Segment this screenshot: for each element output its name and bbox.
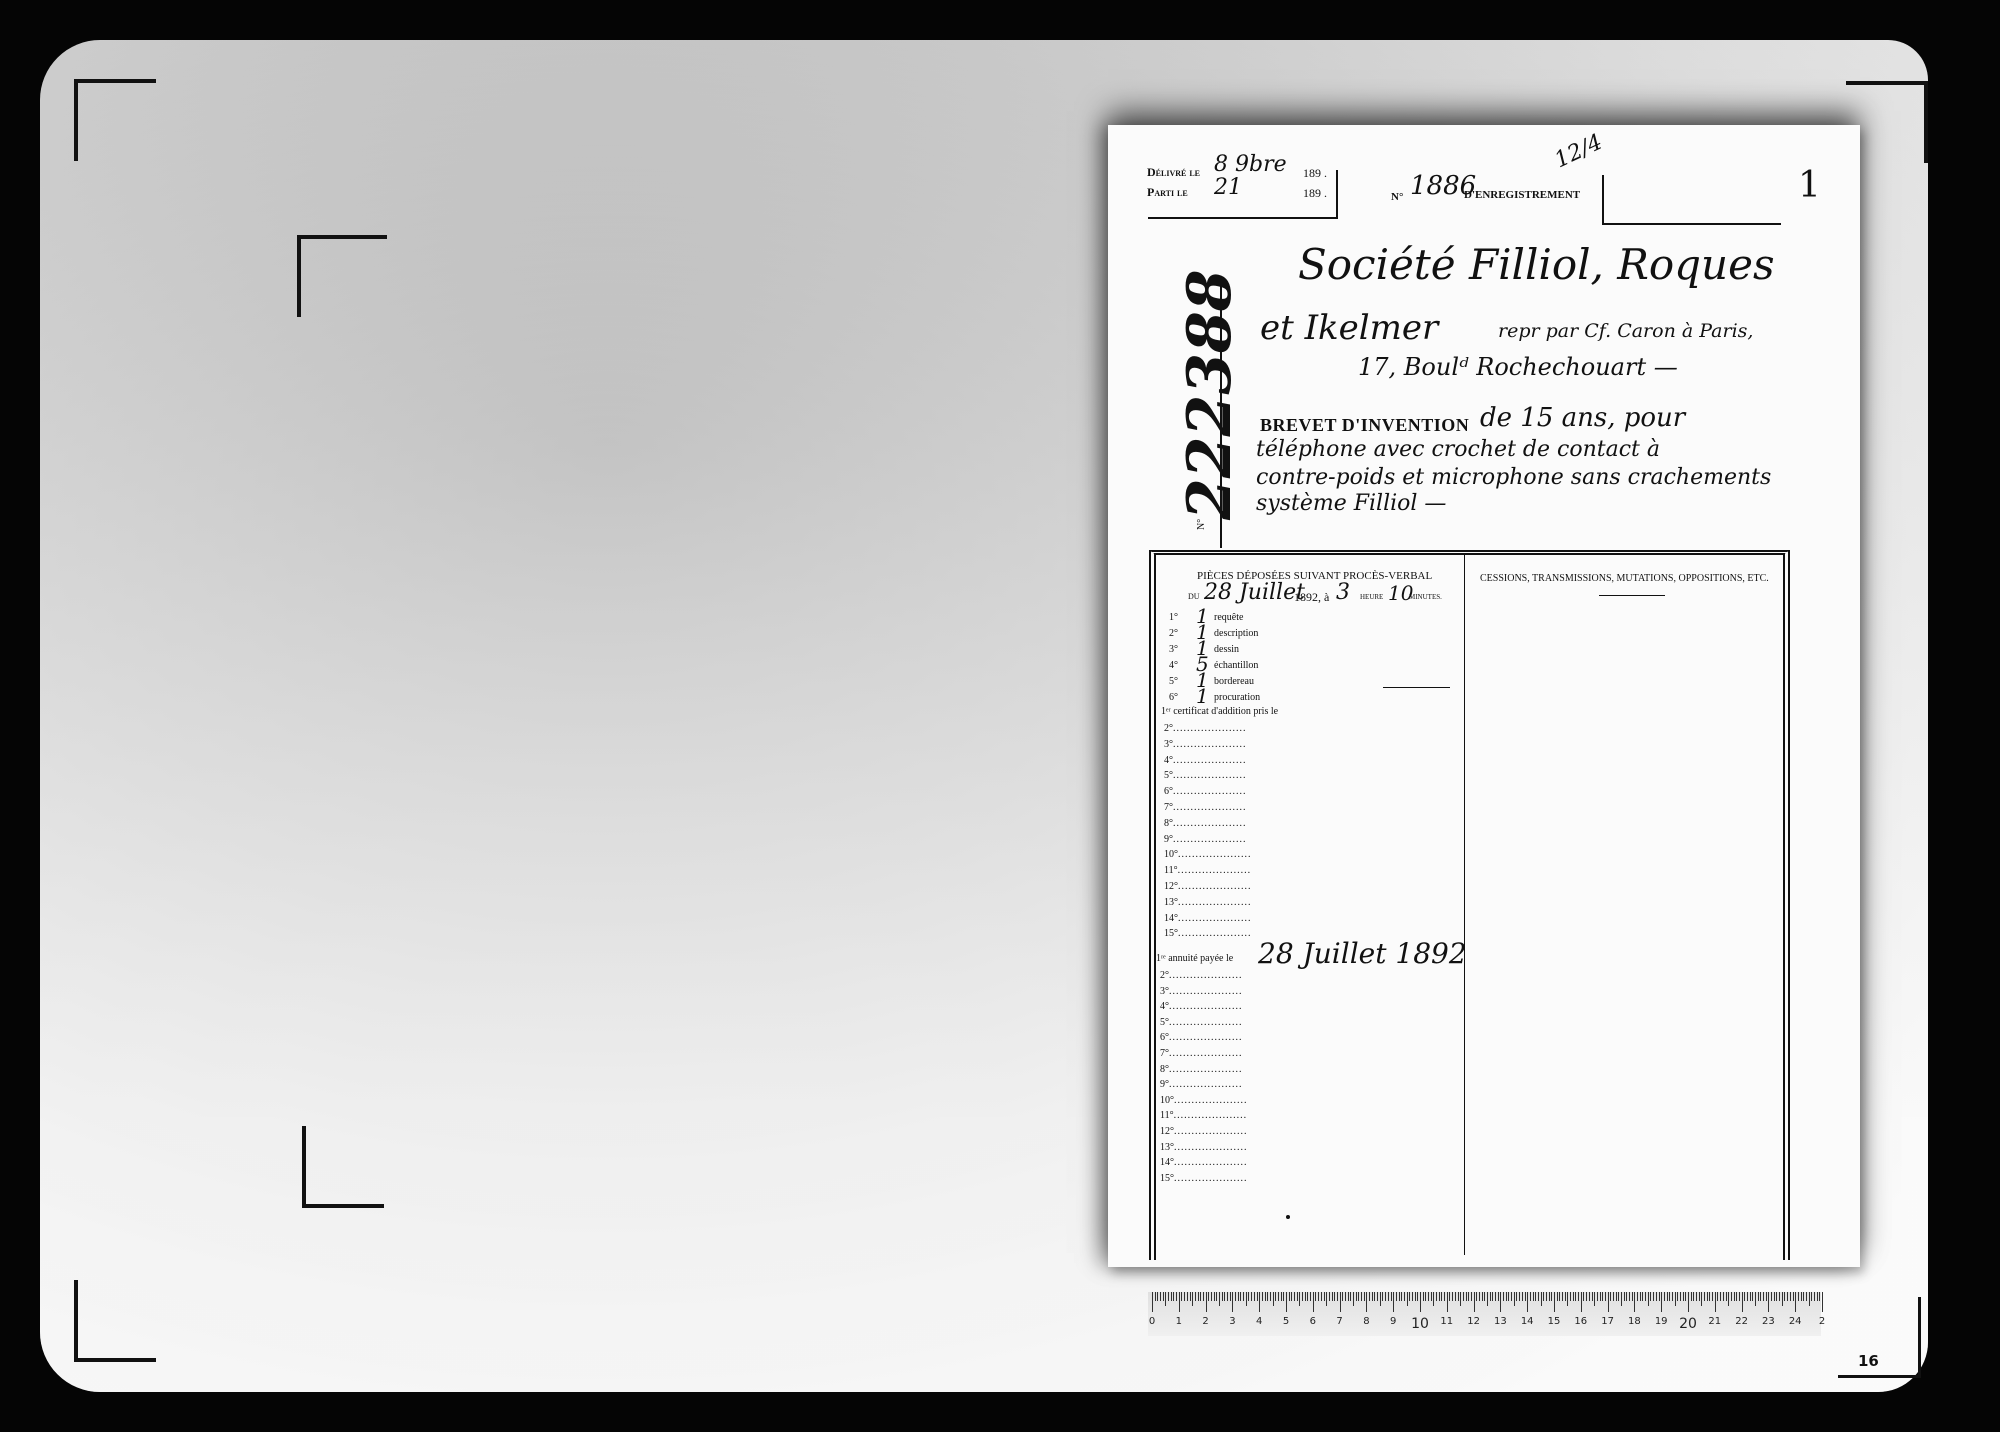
pieces-date-prefix: DU	[1188, 592, 1200, 601]
piece-number: 1°	[1169, 612, 1178, 623]
piece-count: 1	[1196, 684, 1209, 708]
ruler-tick	[1200, 1292, 1201, 1301]
delivered-label: Délivré le	[1147, 165, 1200, 180]
dotted-entry-row: 6°.....................	[1164, 786, 1247, 797]
dotted-entry-row: 3°.....................	[1164, 739, 1247, 750]
ruler-tick	[1305, 1292, 1306, 1301]
dotted-entry-row: 7°.....................	[1164, 802, 1247, 813]
dotted-entry-row: 9°.....................	[1160, 1079, 1243, 1090]
ruler-tick	[1624, 1292, 1625, 1301]
ruler-tick	[1401, 1292, 1402, 1301]
ruler-label: 17	[1601, 1316, 1614, 1327]
ruler-label: 19	[1655, 1316, 1668, 1327]
ruler-label: 2	[1202, 1316, 1208, 1327]
ruler-tick	[1720, 1292, 1721, 1301]
ruler-tick	[1793, 1292, 1794, 1301]
ruler-tick	[1262, 1292, 1263, 1301]
ruler-label: 13	[1494, 1316, 1507, 1327]
dotted-entry-row: 9°.....................	[1164, 834, 1247, 845]
ruler-label: 0	[1149, 1316, 1155, 1327]
ruler-tick	[1444, 1292, 1445, 1301]
dotted-entry-row: 8°.....................	[1164, 818, 1247, 829]
ruler-tick	[1372, 1292, 1373, 1301]
annuity-first-label: 1ʳᵉ annuité payée le	[1156, 953, 1233, 964]
holder-address: 17, Boulᵈ Rochechouart —	[1358, 353, 1678, 381]
ruler-tick	[1385, 1292, 1386, 1301]
dotted-entry-row: 8°.....................	[1160, 1064, 1243, 1075]
departed-value: 21	[1214, 175, 1242, 200]
ruler-tick	[1626, 1292, 1627, 1301]
piece-label: description	[1214, 628, 1258, 639]
ruler-tick	[1393, 1292, 1394, 1312]
dotted-entry-row: 11°.....................	[1164, 865, 1251, 876]
ruler-tick	[1374, 1292, 1375, 1301]
ruler-tick	[1358, 1292, 1359, 1301]
ruler-tick	[1779, 1292, 1780, 1301]
delivered-year: 189 .	[1303, 166, 1327, 181]
departed-label: Parti le	[1147, 185, 1188, 200]
ruler-tick	[1731, 1292, 1732, 1301]
ruler-tick	[1190, 1292, 1191, 1301]
ruler-tick	[1265, 1292, 1266, 1301]
ruler-tick	[1803, 1292, 1804, 1301]
ruler-tick	[1648, 1292, 1649, 1306]
ruler-tick	[1688, 1292, 1689, 1312]
ruler-tick	[1495, 1292, 1496, 1301]
ruler-tick	[1752, 1292, 1753, 1301]
frame-number: 16	[1858, 1352, 1879, 1370]
ruler-tick	[1632, 1292, 1633, 1301]
ruler-tick	[1187, 1292, 1188, 1301]
ruler-tick	[1535, 1292, 1536, 1301]
ruler-tick	[1814, 1292, 1815, 1301]
ruler-tick	[1600, 1292, 1601, 1301]
ruler-tick	[1503, 1292, 1504, 1301]
ruler-tick	[1787, 1292, 1788, 1301]
ruler-tick	[1640, 1292, 1641, 1301]
ruler-tick	[1350, 1292, 1351, 1301]
ruler-tick	[1214, 1292, 1215, 1301]
ruler-tick	[1216, 1292, 1217, 1301]
ruler-tick	[1650, 1292, 1651, 1301]
ruler-tick	[1704, 1292, 1705, 1301]
ruler-tick	[1490, 1292, 1491, 1301]
dotted-entry-row: 12°.....................	[1164, 881, 1252, 892]
ruler-tick	[1396, 1292, 1397, 1301]
stamp-box-bottom	[1602, 223, 1781, 225]
ruler-tick	[1750, 1292, 1751, 1301]
ruler-tick	[1163, 1292, 1164, 1301]
crop-mark-inner-bottom-left	[302, 1126, 384, 1208]
ruler-tick	[1755, 1292, 1756, 1306]
ruler-tick	[1275, 1292, 1276, 1301]
ruler-tick	[1557, 1292, 1558, 1301]
ruler-label: 7	[1336, 1316, 1342, 1327]
patent-number: 222388	[1175, 270, 1245, 521]
dotted-entry-row: 15°.....................	[1160, 1173, 1248, 1184]
ruler-label: 18	[1628, 1316, 1641, 1327]
ruler-tick	[1605, 1292, 1606, 1301]
ruler-tick	[1382, 1292, 1383, 1301]
ruler-tick	[1592, 1292, 1593, 1301]
piece-number: 5°	[1169, 676, 1178, 687]
ruler-tick	[1776, 1292, 1777, 1301]
piece-number: 6°	[1169, 692, 1178, 703]
piece-label: procuration	[1214, 692, 1260, 703]
brevet-title-label: BREVET D'INVENTION	[1260, 415, 1469, 436]
ruler-tick	[1541, 1292, 1542, 1306]
ruler-tick	[1817, 1292, 1818, 1301]
header-box-divider	[1336, 170, 1338, 219]
ruler-tick	[1224, 1292, 1225, 1301]
ruler-tick	[1165, 1292, 1166, 1306]
ruler-tick	[1763, 1292, 1764, 1301]
dotted-entry-row: 5°.....................	[1160, 1017, 1243, 1028]
ruler-tick	[1538, 1292, 1539, 1301]
ruler-tick	[1157, 1292, 1158, 1301]
ruler-tick	[1559, 1292, 1560, 1301]
ruler-tick	[1699, 1292, 1700, 1301]
ruler-tick	[1554, 1292, 1555, 1312]
ruler-tick	[1235, 1292, 1236, 1301]
ruler-tick	[1404, 1292, 1405, 1301]
ruler-tick	[1522, 1292, 1523, 1301]
crop-mark-outer-bottom-right	[1838, 1297, 1921, 1378]
ruler-tick	[1675, 1292, 1676, 1306]
ruler-tick	[1179, 1292, 1180, 1312]
ruler-tick	[1294, 1292, 1295, 1301]
ruler-label: 15	[1548, 1316, 1561, 1327]
ruler-label: 1	[1176, 1316, 1182, 1327]
ruler-tick	[1436, 1292, 1437, 1301]
piece-number: 3°	[1169, 644, 1178, 655]
ruler-tick	[1160, 1292, 1161, 1301]
ruler-tick	[1479, 1292, 1480, 1301]
registration-prefix: N°	[1391, 191, 1403, 203]
ruler-tick	[1511, 1292, 1512, 1301]
ruler-tick	[1449, 1292, 1450, 1301]
dotted-entry-row: 14°.....................	[1160, 1157, 1248, 1168]
ruler-tick	[1273, 1292, 1274, 1306]
ruler-tick	[1463, 1292, 1464, 1301]
dotted-entry-row: 10°.....................	[1160, 1095, 1248, 1106]
ruler-tick	[1313, 1292, 1314, 1312]
piece-label: échantillon	[1214, 660, 1258, 671]
dotted-entry-row: 13°.....................	[1164, 897, 1252, 908]
ruler-tick	[1152, 1292, 1153, 1312]
ruler-tick	[1471, 1292, 1472, 1301]
ruler-tick	[1243, 1292, 1244, 1301]
ruler-tick	[1567, 1292, 1568, 1306]
representative: repr par Cf. Caron à Paris,	[1498, 320, 1753, 342]
ruler-tick	[1208, 1292, 1209, 1301]
ruler-tick	[1337, 1292, 1338, 1301]
ruler-tick	[1431, 1292, 1432, 1301]
ruler-tick	[1315, 1292, 1316, 1301]
ruler-tick	[1353, 1292, 1354, 1306]
ruler-label: 21	[1708, 1316, 1721, 1327]
ruler-tick	[1594, 1292, 1595, 1306]
ruler-tick	[1259, 1292, 1260, 1312]
ruler-label: 20	[1679, 1316, 1697, 1332]
brevet-title-line-4: système Filliol —	[1256, 491, 1446, 516]
ruler-tick	[1798, 1292, 1799, 1301]
ruler-tick	[1685, 1292, 1686, 1301]
ruler-tick	[1232, 1292, 1233, 1312]
ruler-tick	[1334, 1292, 1335, 1301]
ruler-tick	[1562, 1292, 1563, 1301]
ruler-label: 5	[1283, 1316, 1289, 1327]
ruler-tick	[1645, 1292, 1646, 1301]
ruler-tick	[1707, 1292, 1708, 1301]
pieces-hour-label: HEURE	[1360, 593, 1383, 601]
ruler-tick	[1581, 1292, 1582, 1312]
ruler-tick	[1420, 1292, 1421, 1312]
dotted-entry-row: 2°.....................	[1160, 970, 1243, 981]
pieces-date-year: 1892, à	[1294, 590, 1329, 605]
ruler-tick	[1267, 1292, 1268, 1301]
ruler-tick	[1391, 1292, 1392, 1301]
ruler-tick	[1310, 1292, 1311, 1301]
ruler-label: 4	[1256, 1316, 1262, 1327]
ink-dot	[1286, 1215, 1290, 1219]
ruler-tick	[1203, 1292, 1204, 1301]
ruler-tick	[1476, 1292, 1477, 1301]
piece-label: dessin	[1214, 644, 1239, 655]
ruler-tick	[1307, 1292, 1308, 1301]
ruler-tick	[1629, 1292, 1630, 1301]
ruler-tick	[1693, 1292, 1694, 1301]
piece-label: requête	[1214, 612, 1243, 623]
ruler-tick	[1739, 1292, 1740, 1301]
ruler-tick	[1578, 1292, 1579, 1301]
ruler-tick	[1709, 1292, 1710, 1301]
ruler-tick	[1597, 1292, 1598, 1301]
ruler-tick	[1508, 1292, 1509, 1301]
registration-label: D'ENREGISTREMENT	[1464, 189, 1580, 201]
ruler-tick	[1734, 1292, 1735, 1301]
dotted-entry-row: 5°.....................	[1164, 770, 1247, 781]
ruler-tick	[1297, 1292, 1298, 1301]
ruler-tick	[1618, 1292, 1619, 1301]
ruler-tick	[1696, 1292, 1697, 1301]
ruler-tick	[1760, 1292, 1761, 1301]
measurement-ruler: 0123456789101112131415161718192021222324…	[1148, 1292, 1821, 1336]
pieces-date-value: 28 Juillet	[1204, 580, 1305, 605]
form-column-divider	[1464, 555, 1465, 1255]
ruler-tick	[1613, 1292, 1614, 1301]
ruler-tick	[1433, 1292, 1434, 1306]
certificate-first-label: 1ᵉʳ certificat d'addition pris le	[1161, 706, 1278, 717]
ruler-tick	[1246, 1292, 1247, 1306]
ruler-tick	[1774, 1292, 1775, 1301]
ruler-tick	[1168, 1292, 1169, 1301]
holder-line-1: Société Filliol, Roques	[1298, 240, 1775, 289]
ruler-label: 22	[1735, 1316, 1748, 1327]
ruler-tick	[1570, 1292, 1571, 1301]
ruler-tick	[1348, 1292, 1349, 1301]
ruler-tick	[1409, 1292, 1410, 1301]
ruler-tick	[1181, 1292, 1182, 1301]
ruler-tick	[1519, 1292, 1520, 1301]
ruler-label: 23	[1762, 1316, 1775, 1327]
ruler-label: 9	[1390, 1316, 1396, 1327]
ruler-tick	[1460, 1292, 1461, 1306]
ruler-tick	[1198, 1292, 1199, 1301]
ruler-label: 11	[1440, 1316, 1453, 1327]
ruler-tick	[1248, 1292, 1249, 1301]
ruler-tick	[1380, 1292, 1381, 1306]
ruler-tick	[1782, 1292, 1783, 1306]
ruler-tick	[1487, 1292, 1488, 1306]
ruler-tick	[1608, 1292, 1609, 1312]
ruler-tick	[1211, 1292, 1212, 1301]
ruler-tick	[1677, 1292, 1678, 1301]
ruler-tick	[1610, 1292, 1611, 1301]
ruler-tick	[1286, 1292, 1287, 1312]
ruler-tick	[1289, 1292, 1290, 1301]
ruler-tick	[1525, 1292, 1526, 1301]
ruler-tick	[1356, 1292, 1357, 1301]
piece-number: 2°	[1169, 628, 1178, 639]
header-box-rule	[1148, 217, 1336, 219]
ruler-label: 2	[1819, 1316, 1825, 1327]
ruler-tick	[1474, 1292, 1475, 1312]
ruler-tick	[1423, 1292, 1424, 1301]
ruler-tick	[1583, 1292, 1584, 1301]
ruler-label: 8	[1363, 1316, 1369, 1327]
ruler-tick	[1492, 1292, 1493, 1301]
ruler-tick	[1771, 1292, 1772, 1301]
dotted-entry-row: 13°.....................	[1160, 1142, 1248, 1153]
ruler-tick	[1747, 1292, 1748, 1301]
ruler-tick	[1736, 1292, 1737, 1301]
dotted-entry-row: 12°.....................	[1160, 1126, 1248, 1137]
ruler-tick	[1672, 1292, 1673, 1301]
ruler-tick	[1173, 1292, 1174, 1301]
ruler-tick	[1230, 1292, 1231, 1301]
ruler-label: 10	[1411, 1316, 1429, 1332]
holder-line-2: et Ikelmer	[1260, 308, 1438, 348]
ruler-tick	[1809, 1292, 1810, 1306]
ruler-tick	[1251, 1292, 1252, 1301]
ruler-tick	[1441, 1292, 1442, 1301]
ruler-tick	[1321, 1292, 1322, 1301]
ruler-tick	[1415, 1292, 1416, 1301]
dotted-entry-row: 3°.....................	[1160, 986, 1243, 997]
ruler-tick	[1712, 1292, 1713, 1301]
ruler-tick	[1506, 1292, 1507, 1301]
ruler-tick	[1801, 1292, 1802, 1301]
ruler-tick	[1691, 1292, 1692, 1301]
ruler-tick	[1484, 1292, 1485, 1301]
cessions-rule	[1599, 595, 1665, 596]
ruler-tick	[1482, 1292, 1483, 1301]
ruler-tick	[1439, 1292, 1440, 1301]
ruler-tick	[1399, 1292, 1400, 1301]
ruler-tick	[1366, 1292, 1367, 1312]
ruler-tick	[1715, 1292, 1716, 1312]
ruler-tick	[1318, 1292, 1319, 1301]
ruler-tick	[1656, 1292, 1657, 1301]
ruler-tick	[1669, 1292, 1670, 1301]
dotted-entry-row: 2°.....................	[1164, 723, 1247, 734]
ruler-tick	[1468, 1292, 1469, 1301]
ruler-tick	[1589, 1292, 1590, 1301]
ruler-tick	[1291, 1292, 1292, 1301]
ruler-tick	[1530, 1292, 1531, 1301]
ruler-tick	[1621, 1292, 1622, 1306]
ruler-tick	[1299, 1292, 1300, 1306]
ruler-tick	[1546, 1292, 1547, 1301]
ruler-tick	[1661, 1292, 1662, 1312]
brevet-title-line-1: de 15 ans, pour	[1480, 403, 1685, 433]
dotted-entry-row: 11°.....................	[1160, 1110, 1247, 1121]
ruler-tick	[1701, 1292, 1702, 1306]
dotted-entry-row: 6°.....................	[1160, 1032, 1243, 1043]
ruler-tick	[1811, 1292, 1812, 1301]
ruler-tick	[1822, 1292, 1823, 1312]
ruler-tick	[1586, 1292, 1587, 1301]
ruler-tick	[1361, 1292, 1362, 1301]
ruler-tick	[1616, 1292, 1617, 1301]
ruler-tick	[1412, 1292, 1413, 1301]
brevet-title-line-3: contre-poids et microphone sans cracheme…	[1256, 465, 1771, 490]
ruler-label: 16	[1574, 1316, 1587, 1327]
ruler-tick	[1219, 1292, 1220, 1306]
ruler-tick	[1369, 1292, 1370, 1301]
ruler-tick	[1270, 1292, 1271, 1301]
ruler-tick	[1637, 1292, 1638, 1301]
ruler-tick	[1240, 1292, 1241, 1301]
cessions-heading: CESSIONS, TRANSMISSIONS, MUTATIONS, OPPO…	[1480, 573, 1769, 584]
ruler-tick	[1565, 1292, 1566, 1301]
ruler-tick	[1758, 1292, 1759, 1301]
ruler-label: 6	[1310, 1316, 1316, 1327]
ruler-tick	[1742, 1292, 1743, 1312]
ruler-label: 24	[1789, 1316, 1802, 1327]
ruler-tick	[1575, 1292, 1576, 1301]
ruler-tick	[1254, 1292, 1255, 1301]
ruler-tick	[1784, 1292, 1785, 1301]
ruler-tick	[1543, 1292, 1544, 1301]
crop-mark-inner-top-left	[297, 235, 387, 317]
ruler-tick	[1407, 1292, 1408, 1306]
ruler-tick	[1551, 1292, 1552, 1301]
ruler-tick	[1516, 1292, 1517, 1301]
ruler-tick	[1466, 1292, 1467, 1301]
ruler-tick	[1364, 1292, 1365, 1301]
ruler-tick	[1326, 1292, 1327, 1306]
dotted-entry-row: 4°.....................	[1164, 755, 1247, 766]
ruler-tick	[1549, 1292, 1550, 1301]
ruler-tick	[1717, 1292, 1718, 1301]
ruler-tick	[1342, 1292, 1343, 1301]
ruler-tick	[1278, 1292, 1279, 1301]
ruler-tick	[1573, 1292, 1574, 1301]
pieces-rule	[1383, 687, 1450, 688]
ruler-tick	[1324, 1292, 1325, 1301]
brevet-title-line-2: téléphone avec crochet de contact à	[1256, 437, 1660, 462]
ruler-tick	[1653, 1292, 1654, 1301]
ruler-tick	[1155, 1292, 1156, 1301]
ruler-tick	[1514, 1292, 1515, 1306]
ruler-tick	[1238, 1292, 1239, 1301]
sheet-number: 1	[1798, 165, 1821, 206]
ruler-tick	[1281, 1292, 1282, 1301]
ruler-tick	[1659, 1292, 1660, 1301]
ruler-tick	[1329, 1292, 1330, 1301]
